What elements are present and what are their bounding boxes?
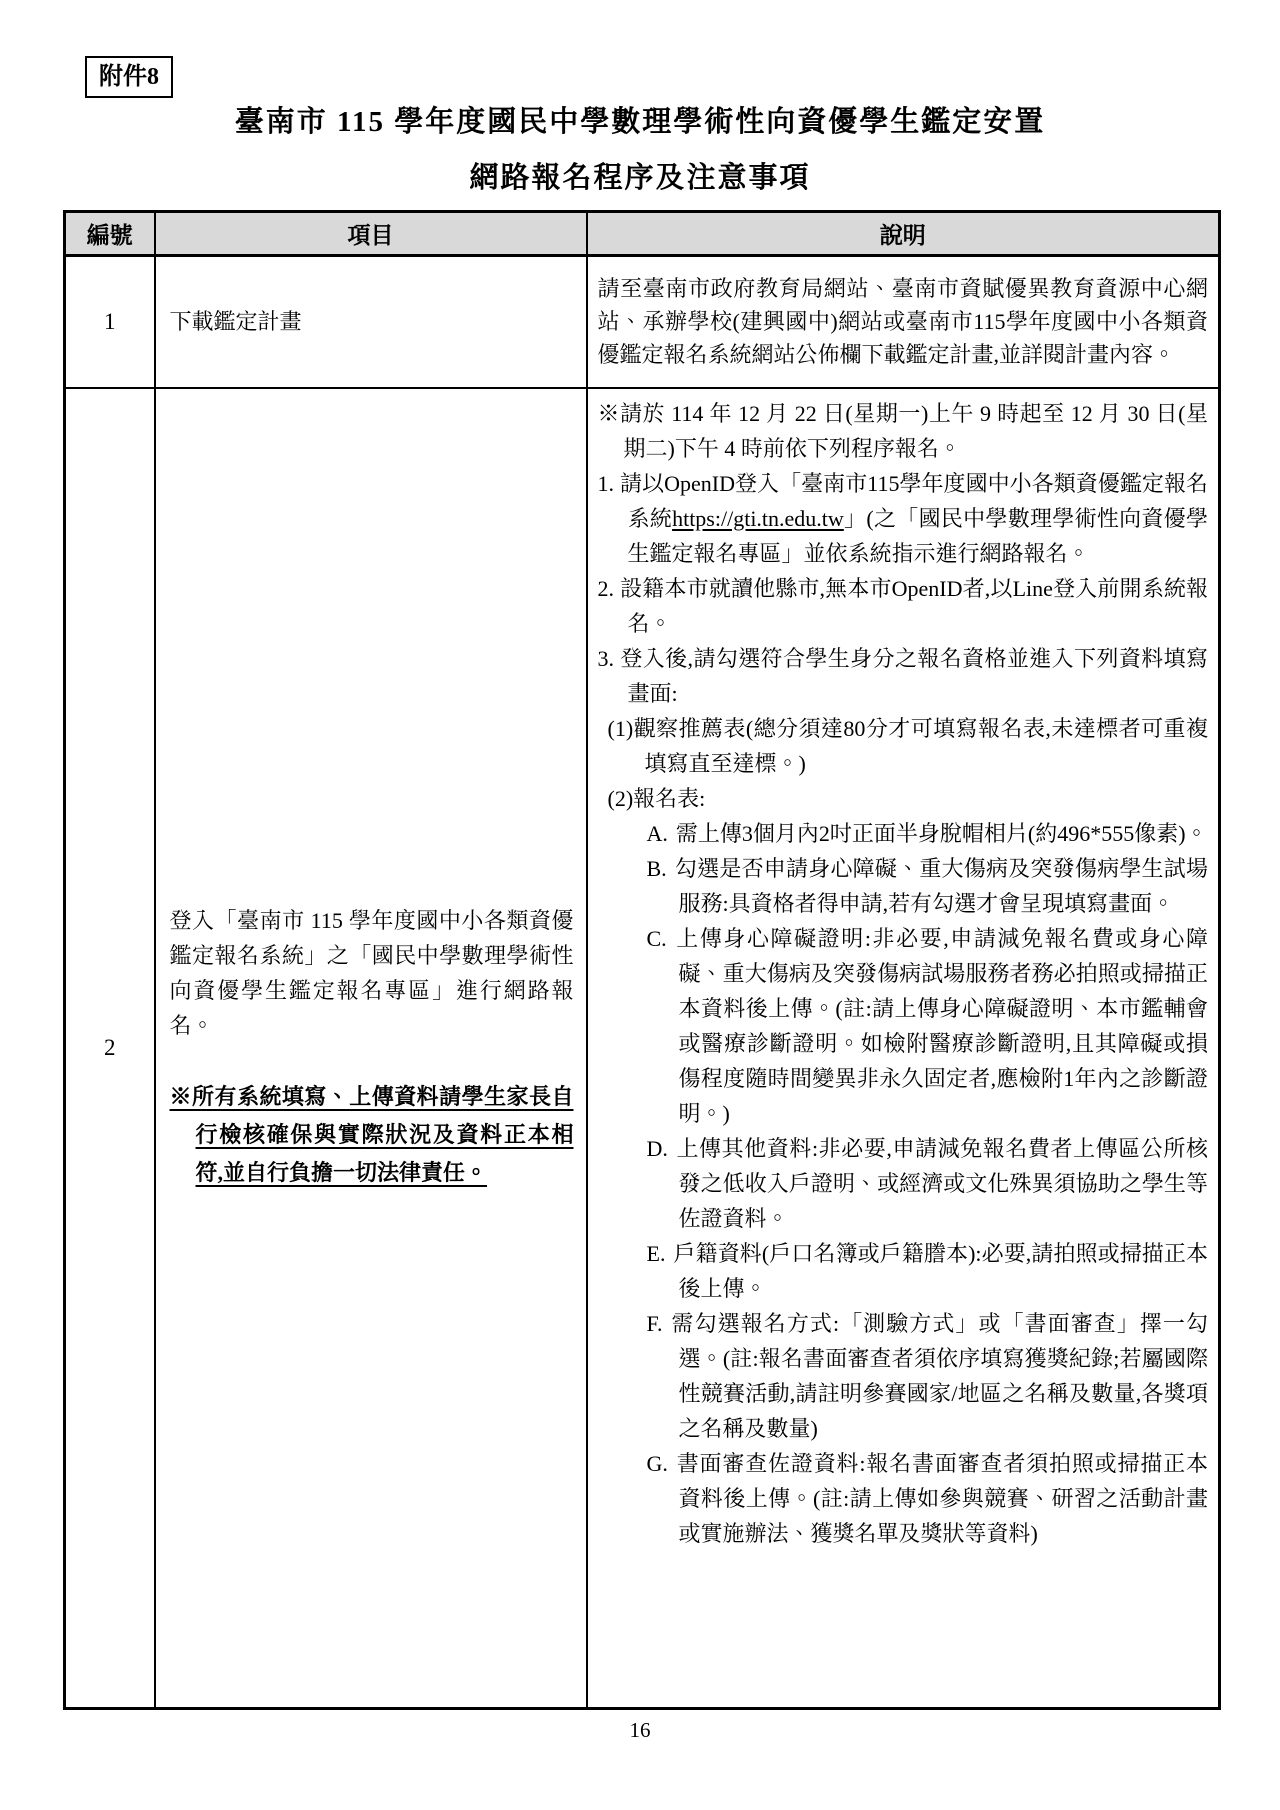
letter-text: 書面審查佐證資料:報名書面審查者須拍照或掃描正本資料後上傳。(註:請上傳如參與競… <box>676 1451 1208 1546</box>
desc-letter-F: F.需勾選報名方式:「測驗方式」或「書面審查」擇一勾選。(註:報名書面審查者須依… <box>647 1306 1209 1446</box>
desc-step-3: 3.登入後,請勾選符合學生身分之報名資格並進入下列資料填寫畫面: <box>598 641 1209 711</box>
desc-step-2: 2.設籍本市就讀他縣市,無本市OpenID者,以Line登入前開系統報名。 <box>598 571 1209 641</box>
desc-letter-G: G.書面審查佐證資料:報名書面審查者須拍照或掃描正本資料後上傳。(註:請上傳如參… <box>647 1446 1209 1551</box>
procedures-table: 編號 項目 說明 1 下載鑑定計畫 請至臺南市政府教育局網站、臺南市資賦優異教育… <box>63 210 1221 1710</box>
table-row: 2 登入「臺南市 115 學年度國中小各類資優鑑定報名系統」之「國民中學數理學術… <box>65 388 1220 1709</box>
desc-subitem-1: (1)觀察推薦表(總分須達80分才可填寫報名表,未達標者可重複填寫直至達標。) <box>608 711 1209 781</box>
note-marker: ※ <box>598 401 621 426</box>
row1-number: 1 <box>65 256 155 388</box>
registration-url-link[interactable]: https://gti.tn.edu.tw <box>672 506 844 531</box>
letter-marker: G. <box>647 1451 668 1476</box>
step-text: 設籍本市就讀他縣市,無本市OpenID者,以Line登入前開系統報名。 <box>620 576 1208 636</box>
letter-marker: A. <box>647 821 668 846</box>
letter-text: 需勾選報名方式:「測驗方式」或「書面審查」擇一勾選。(註:報名書面審查者須依序填… <box>670 1311 1208 1441</box>
letter-marker: F. <box>647 1311 663 1336</box>
letter-text: 戶籍資料(戶口名簿或戶籍謄本):必要,請拍照或掃描正本後上傳。 <box>673 1241 1208 1301</box>
desc-letter-A: A.需上傳3個月內2吋正面半身脫帽相片(約496*555像素)。 <box>647 816 1209 851</box>
letter-text: 上傳其他資料:非必要,申請減免報名費者上傳區公所核發之低收入戶證明、或經濟或文化… <box>676 1136 1208 1231</box>
letter-text: 需上傳3個月內2吋正面半身脫帽相片(約496*555像素)。 <box>676 821 1208 846</box>
warning-text: 所有系統填寫、上傳資料請學生家長自行檢核確保與實際狀況及資料正本相符,並自行負擔… <box>192 1084 574 1185</box>
desc-letter-E: E.戶籍資料(戶口名簿或戶籍謄本):必要,請拍照或掃描正本後上傳。 <box>647 1236 1209 1306</box>
step-marker: 2. <box>598 576 615 601</box>
desc-letter-D: D.上傳其他資料:非必要,申請減免報名費者上傳區公所核發之低收入戶證明、或經濟或… <box>647 1131 1209 1236</box>
table-row: 1 下載鑑定計畫 請至臺南市政府教育局網站、臺南市資賦優異教育資源中心網站、承辦… <box>65 256 1220 388</box>
letter-marker: B. <box>647 856 667 881</box>
step-marker: 1. <box>598 471 615 496</box>
subitem-marker: (2) <box>608 786 634 811</box>
header-item: 項目 <box>155 212 587 256</box>
warning-marker: ※ <box>170 1084 192 1109</box>
letter-marker: D. <box>647 1136 668 1161</box>
document-page: 附件8 臺南市 115 學年度國民中學數理學術性向資優學生鑑定安置 網路報名程序… <box>0 0 1280 1810</box>
desc-letter-C: C.上傳身心障礙證明:非必要,申請減免報名費或身心障礙、重大傷病及突發傷病試場服… <box>647 921 1209 1131</box>
note-text: 請於 114 年 12 月 22 日(星期一)上午 9 時起至 12 月 30 … <box>620 401 1208 461</box>
letter-text: 上傳身心障礙證明:非必要,申請減免報名費或身心障礙、重大傷病及突發傷病試場服務者… <box>675 926 1208 1126</box>
row1-item: 下載鑑定計畫 <box>155 256 587 388</box>
subitem-marker: (1) <box>608 716 634 741</box>
document-title: 臺南市 115 學年度國民中學數理學術性向資優學生鑑定安置 網路報名程序及注意事… <box>0 104 1280 196</box>
table-header-row: 編號 項目 說明 <box>65 212 1220 256</box>
letter-text: 勾選是否申請身心障礙、重大傷病及突發傷病學生試場服務:具資格者得申請,若有勾選才… <box>675 856 1208 916</box>
page-number: 16 <box>0 1718 1280 1743</box>
attachment-label: 附件8 <box>85 56 173 98</box>
row2-item: 登入「臺南市 115 學年度國中小各類資優鑑定報名系統」之「國民中學數理學術性向… <box>155 388 587 1709</box>
header-description: 說明 <box>587 212 1220 256</box>
desc-letter-B: B.勾選是否申請身心障礙、重大傷病及突發傷病學生試場服務:具資格者得申請,若有勾… <box>647 851 1209 921</box>
row2-number: 2 <box>65 388 155 1709</box>
desc-step-1: 1.請以OpenID登入「臺南市115學年度國中小各類資優鑑定報名系統https… <box>598 466 1209 571</box>
step-text: 登入後,請勾選符合學生身分之報名資格並進入下列資料填寫畫面: <box>620 646 1208 706</box>
subitem-text: 報名表: <box>633 786 705 811</box>
row1-description: 請至臺南市政府教育局網站、臺南市資賦優異教育資源中心網站、承辦學校(建興國中)網… <box>587 256 1220 388</box>
letter-marker: C. <box>647 926 667 951</box>
row2-description: ※請於 114 年 12 月 22 日(星期一)上午 9 時起至 12 月 30… <box>587 388 1220 1709</box>
title-line-1: 臺南市 115 學年度國民中學數理學術性向資優學生鑑定安置 <box>0 104 1280 140</box>
desc-subitem-2: (2)報名表: <box>608 781 1209 816</box>
step-marker: 3. <box>598 646 615 671</box>
letter-marker: E. <box>647 1241 666 1266</box>
subitem-text: 觀察推薦表(總分須達80分才可填寫報名表,未達標者可重複填寫直至達標。) <box>633 716 1208 776</box>
row2-item-paragraph: 登入「臺南市 115 學年度國中小各類資優鑑定報名系統」之「國民中學數理學術性向… <box>170 903 574 1043</box>
title-line-2: 網路報名程序及注意事項 <box>0 160 1280 196</box>
row2-item-warning: ※所有系統填寫、上傳資料請學生家長自行檢核確保與實際狀況及資料正本相符,並自行負… <box>170 1078 574 1192</box>
header-number: 編號 <box>65 212 155 256</box>
desc-note: ※請於 114 年 12 月 22 日(星期一)上午 9 時起至 12 月 30… <box>598 396 1209 466</box>
